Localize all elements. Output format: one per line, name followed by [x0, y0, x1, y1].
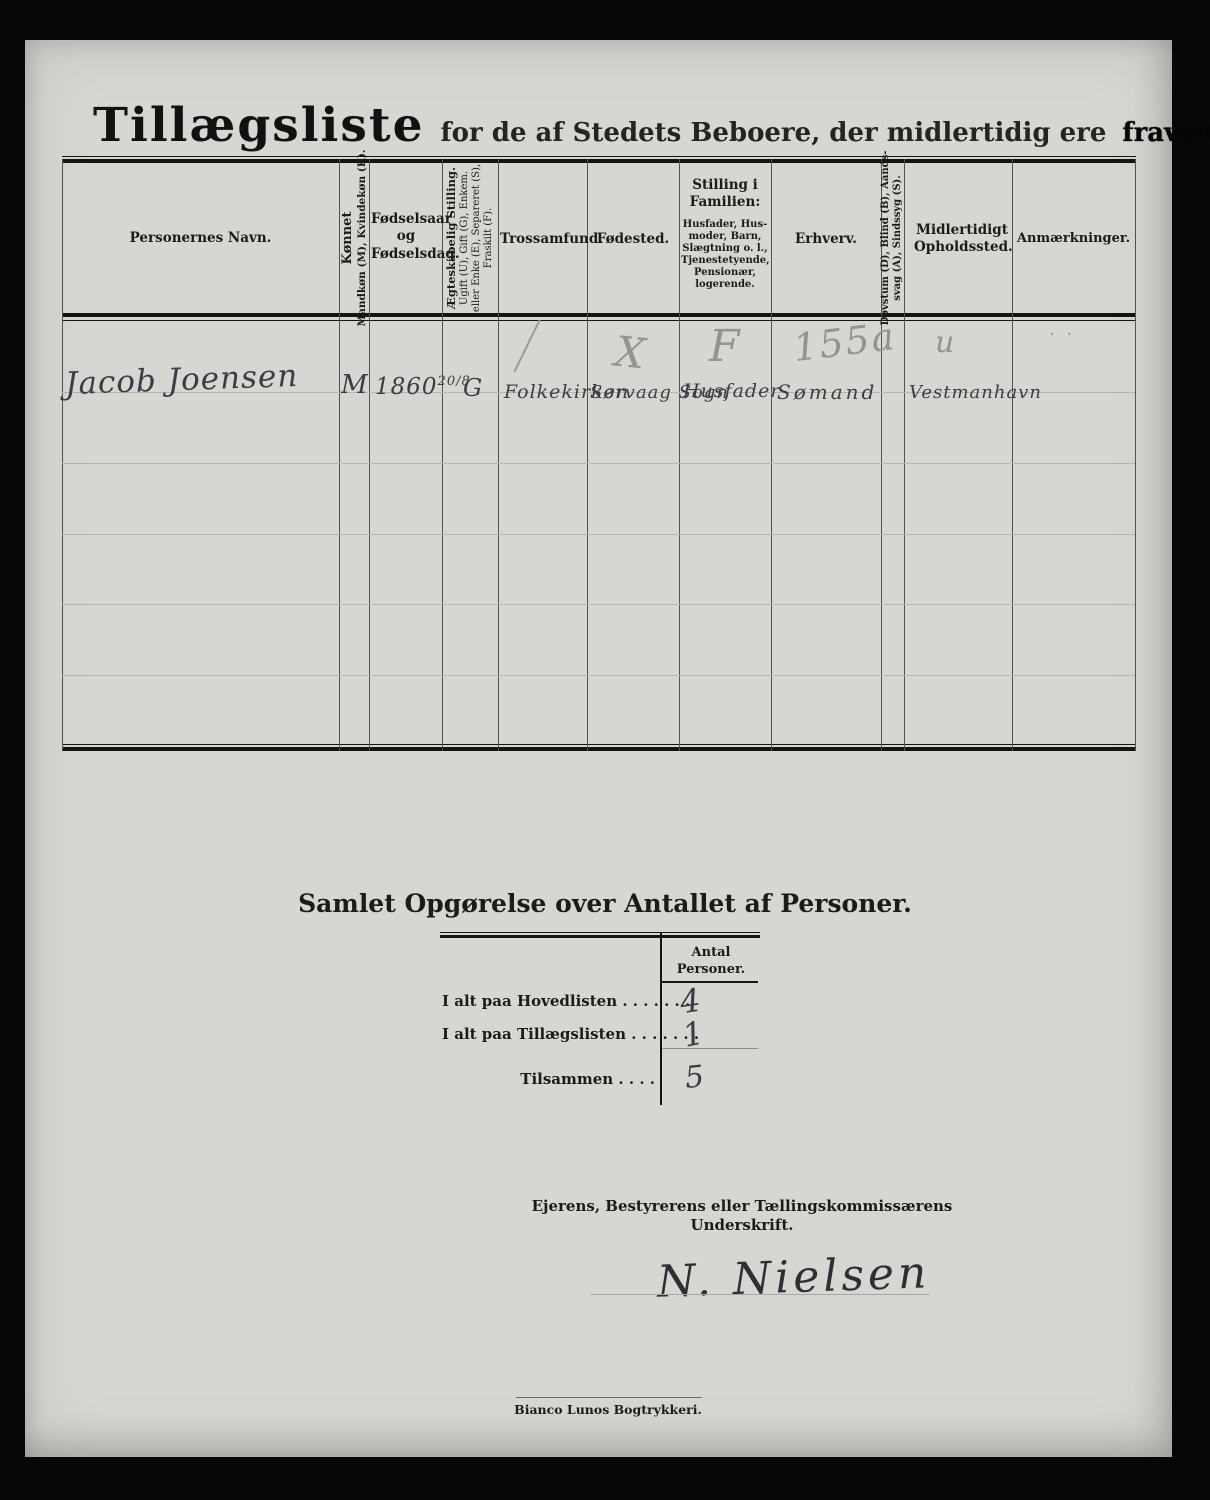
birth-header-line2: og: [371, 228, 441, 245]
pencil-family-code: F: [709, 321, 740, 372]
family-header-title2: Familien:: [681, 194, 769, 211]
marital-header-line3: eller Enke (E), Separeret (S),: [471, 164, 483, 312]
column-header-remarks: Anmærkninger.: [1014, 231, 1133, 248]
disability-header-line2: svag (A), Sindssyg (S).: [892, 175, 904, 301]
family-detail-line3: Slægtning o. l.,: [681, 243, 769, 255]
column-divider: [498, 159, 499, 751]
document-title: Tillægsliste for de af Stedets Beboere, …: [93, 98, 1138, 153]
summary-col-header: Antal Personer.: [662, 945, 760, 978]
column-divider: [679, 159, 680, 751]
title-subtitle: for de af Stedets Beboere, der midlertid…: [440, 118, 1106, 148]
column-header-residence: Midlertidigt Opholdssted.: [914, 222, 1010, 257]
summary-row-tilsammen-label: Tilsammen . . . .: [455, 1070, 655, 1088]
marital-header-line4: Fraskilt (F).: [483, 208, 495, 268]
row-residence: Vestmanhavn: [909, 382, 1042, 403]
paper-sheet: Tillægsliste for de af Stedets Beboere, …: [25, 40, 1172, 1457]
footer-printer: Bianco Lunos Bogtrykkeri.: [483, 1402, 733, 1418]
column-header-sex: Kønnet Mandkøn (M), Kvindekøn (K).: [339, 163, 369, 313]
family-header-detail: Husfader, Hus- moder, Barn, Slægtning o.…: [681, 219, 769, 292]
table-top-rule: [62, 159, 1136, 163]
row-birth: 186020/8: [375, 374, 471, 400]
row-marital: G: [463, 374, 483, 402]
pencil-birthplace-check: X: [613, 327, 648, 379]
title-emphasis: fraværende.: [1122, 118, 1210, 148]
disability-header-line1: Døvstum (D), Blind (B), Aands-: [880, 151, 892, 326]
column-header-birthplace: Fødested.: [589, 231, 677, 248]
row-rule: [62, 675, 1135, 676]
row-birth-year: 1860: [375, 374, 438, 400]
row-rule: [62, 604, 1135, 605]
summary-row-tillaegslisten-label: I alt paa Tillægslisten . . . . . . .: [442, 1025, 699, 1043]
signature-name: N. Nielsen: [656, 1247, 931, 1308]
table-right-border: [1135, 159, 1136, 751]
family-detail-line2: moder, Barn,: [681, 231, 769, 243]
summary-row-hovedlisten-label: I alt paa Hovedlisten . . . . . . .: [442, 992, 690, 1010]
sex-header-line2: Mandkøn (M), Kvindekøn (K).: [356, 150, 369, 327]
column-header-marital: Ægteskabelig Stilling. Ugift (U), Gift (…: [442, 163, 498, 313]
summary-sum-rule: [662, 1048, 758, 1049]
birth-header-line3: Fødselsdag.: [371, 246, 441, 263]
marital-header-line2: Ugift (U), Gift (G), Enkem.: [459, 171, 471, 305]
pencil-remarks-dots: · ·: [1049, 324, 1075, 345]
row-name: Jacob Joensen: [64, 358, 298, 402]
table-bottom-rule-thick: [62, 747, 1136, 751]
family-detail-line4: Tjenestetyende,: [681, 255, 769, 267]
column-header-disability: Døvstum (D), Blind (B), Aands- svag (A),…: [869, 163, 915, 313]
row-sex: M: [341, 370, 369, 400]
pencil-slash-mark: [513, 319, 540, 372]
family-detail-line5: Pensionær,: [681, 267, 769, 279]
row-rule: [62, 463, 1135, 464]
scanned-census-page: { "title": { "main": "Tillægsliste", "re…: [0, 0, 1210, 1500]
table-left-border: [62, 159, 63, 751]
column-header-name: Personernes Navn.: [64, 230, 337, 247]
row-rule: [62, 534, 1135, 535]
summary-row-tilsammen-value: 5: [683, 1059, 707, 1096]
column-divider: [771, 159, 772, 751]
sex-header-line1: Kønnet: [340, 212, 356, 265]
summary-top-rule-thick: [440, 935, 760, 938]
title-underline-thin: [62, 156, 1136, 157]
column-header-family: Stilling i Familien: Husfader, Hus- mode…: [681, 177, 769, 292]
footer-rule: [516, 1397, 702, 1398]
signature-label: Ejerens, Bestyrerens eller Tællingskommi…: [492, 1197, 992, 1235]
row-occupation: Sømand: [777, 380, 877, 404]
family-detail-line6: logerende.: [681, 279, 769, 291]
family-header-title1: Stilling i: [681, 177, 769, 194]
summary-top-rule-thin: [440, 932, 760, 933]
signature-line: [590, 1294, 930, 1295]
marital-header-line1: Ægteskabelig Stilling.: [445, 167, 459, 309]
header-bottom-rule-thick: [62, 313, 1136, 317]
column-divider: [587, 159, 588, 751]
table-bottom-rule-thin: [62, 744, 1136, 745]
column-divider: [369, 159, 370, 751]
summary-col-header-line1: Antal: [662, 945, 760, 962]
family-detail-line1: Husfader, Hus-: [681, 219, 769, 231]
pencil-residence-code: u: [935, 325, 954, 360]
column-header-birth: Fødselsaar og Fødselsdag.: [371, 211, 441, 263]
residence-header-line2: Opholdssted.: [914, 239, 1010, 256]
residence-header-line1: Midlertidigt: [914, 222, 1010, 239]
summary-col-header-line2: Personer.: [662, 962, 760, 979]
header-bottom-rule-thin: [62, 320, 1136, 321]
summary-heading: Samlet Opgørelse over Antallet af Person…: [275, 888, 935, 920]
row-family: Husfader: [683, 380, 780, 402]
column-header-faith: Trossamfund.: [500, 231, 585, 248]
column-header-occupation: Erhverv.: [773, 231, 879, 248]
title-main: Tillægsliste: [93, 98, 424, 153]
pencil-occupation-code: 155a: [791, 314, 899, 370]
birth-header-line1: Fødselsaar: [371, 211, 441, 228]
